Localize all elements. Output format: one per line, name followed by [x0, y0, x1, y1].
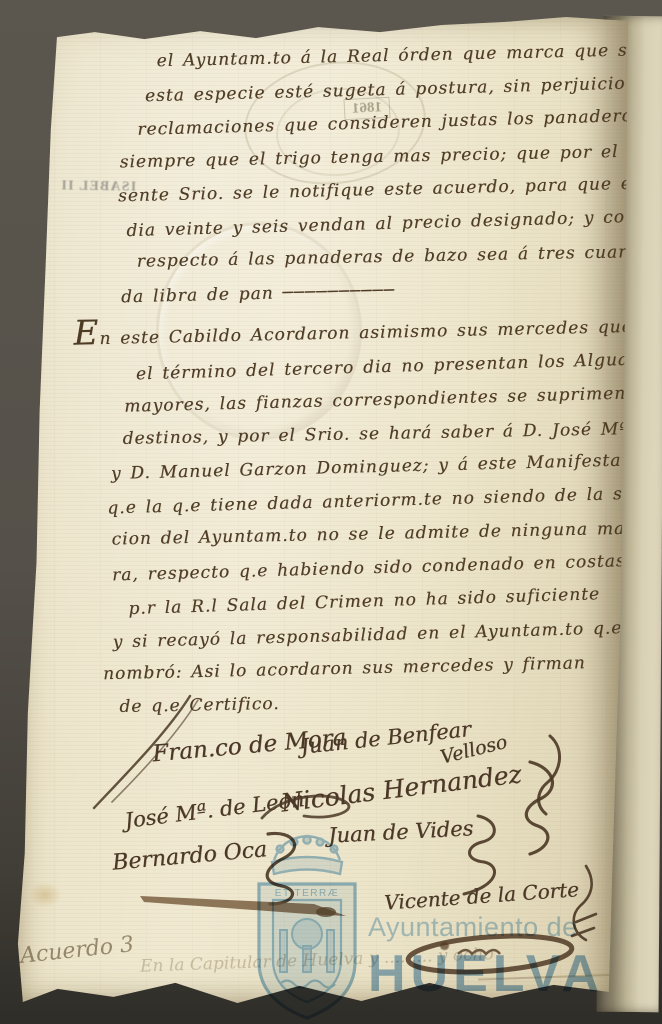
footer-underline-stroke [478, 973, 623, 980]
signature-bernardo-oca: Bernardo Oca [111, 837, 268, 875]
footer-faded-line: En la Capitular de Huelva y ......... y … [140, 939, 628, 976]
signature-nicolas-hernandez: Nicolas Hernandez [279, 759, 523, 817]
signature-juan-de-vides: Juan de Vides [327, 816, 473, 848]
signature-jose-maria-de-leon: José Mª. de Leon [123, 787, 305, 833]
manuscript-body-text: el Ayuntam.to á la Real órden que marca … [104, 37, 628, 722]
signature-name: José Mª. de Leon [123, 787, 305, 833]
footer-acuerdo-word: Acuerdo 3 [19, 932, 135, 969]
signature-juan-de-benfear: Juan de Benfear Velloso [299, 717, 472, 759]
paper-stain [28, 882, 62, 908]
pen-smear-stroke [136, 882, 356, 922]
signature-name: Nicolas Hernandez [279, 759, 523, 817]
rubric-benfear [520, 732, 570, 818]
manuscript-page: 1861 ISABEL II el Ayuntam.to á la Real ó… [8, 10, 628, 1014]
signature-name: Juan de Vides [327, 816, 473, 848]
signature-vicente-de-la-corte: Vicente de la Corte [383, 877, 579, 915]
signature-name: Bernardo Oca [111, 837, 268, 875]
archive-photo-background: 1861 ISABEL II el Ayuntam.to á la Real ó… [0, 0, 662, 1024]
signature-name: Vicente de la Corte [383, 877, 579, 915]
